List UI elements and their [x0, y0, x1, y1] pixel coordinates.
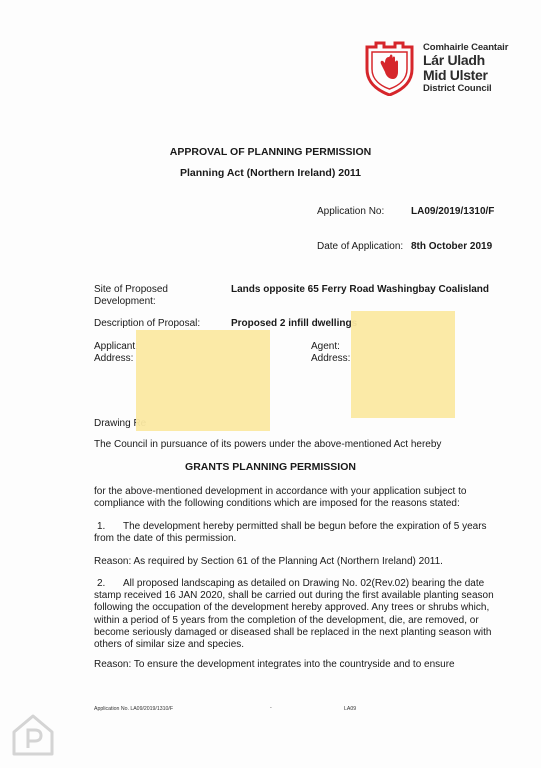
applicant-label: Applicant:	[94, 341, 138, 353]
site-value: Lands opposite 65 Ferry Road Washingbay …	[231, 284, 489, 296]
council-name-irish-2: Lár Uladh	[423, 53, 508, 68]
application-number-value: LA09/2019/1310/F	[411, 206, 494, 218]
grant-heading: GRANTS PLANNING PERMISSION	[0, 461, 541, 473]
applicant-address-label: Address:	[94, 353, 133, 365]
application-number-label: Application No:	[317, 206, 384, 218]
condition-1-reason: Reason: As required by Section 61 of the…	[94, 556, 514, 568]
application-date-label: Date of Application:	[317, 241, 403, 253]
footer-application-number: Application No. LA09/2019/1310/F	[94, 706, 173, 712]
agent-label: Agent:	[311, 341, 340, 353]
condition-2-text: All proposed landscaping as detailed on …	[94, 578, 494, 651]
description-value: Proposed 2 infill dwellings	[231, 318, 357, 330]
document-title: APPROVAL OF PLANNING PERMISSION	[0, 146, 541, 158]
council-crest-icon	[362, 39, 417, 96]
planning-document-page: Comhairle Ceantair Lár Uladh Mid Ulster …	[0, 0, 541, 768]
footer-code: LA09	[344, 706, 356, 712]
redacted-agent-block	[351, 311, 455, 418]
site-label: Site of Proposed Development:	[94, 284, 194, 308]
redacted-applicant-block	[136, 330, 270, 431]
property-portal-logo-icon	[10, 712, 56, 758]
condition-2-reason: Reason: To ensure the development integr…	[94, 659, 514, 671]
condition-1-text: The development hereby permitted shall b…	[94, 521, 494, 545]
grant-text: for the above-mentioned development in a…	[94, 486, 494, 510]
council-name: Comhairle Ceantair Lár Uladh Mid Ulster …	[423, 42, 508, 94]
agent-address-label: Address:	[311, 353, 350, 365]
footer-separator: -	[270, 705, 272, 711]
intro-text: The Council in pursuance of its powers u…	[94, 439, 494, 451]
document-subtitle: Planning Act (Northern Ireland) 2011	[0, 167, 541, 179]
council-name-english: Mid Ulster	[423, 68, 508, 83]
description-label: Description of Proposal:	[94, 318, 200, 330]
council-name-english-2: District Council	[423, 83, 508, 94]
application-date-value: 8th October 2019	[411, 241, 492, 253]
